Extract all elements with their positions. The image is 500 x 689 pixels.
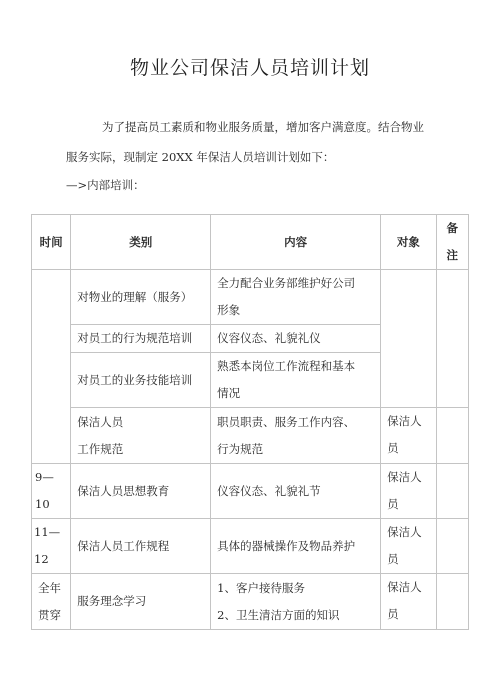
cell-target: 保洁人员 [381, 519, 436, 574]
cell-category: 保洁人员思想教育 [71, 464, 211, 519]
cell-note [436, 464, 468, 519]
header-category: 类别 [71, 215, 211, 270]
cell-content: 熟悉本岗位工作流程和基本 情况 [211, 353, 381, 408]
content-line: 形象 [217, 297, 374, 324]
content-line: 2、卫生清洁方面的知识 [217, 602, 374, 629]
cell-target: 保洁人员 [381, 574, 436, 630]
cell-target: 保洁人员 [381, 464, 436, 519]
cell-time: 11—12 [32, 519, 71, 574]
content-line: 情况 [217, 380, 374, 407]
cell-note [436, 270, 468, 408]
time-line: 贯穿 [38, 602, 64, 629]
cell-content: 仪容仪态、礼貌礼仪 [211, 325, 381, 353]
header-target: 对象 [381, 215, 436, 270]
cell-category: 对员工的行为规范培训 [71, 325, 211, 353]
cell-time: 9—10 [32, 464, 71, 519]
table-row: 对物业的理解（服务） 全力配合业务部维护好公司 形象 [32, 270, 469, 325]
content-line: 全力配合业务部维护好公司 [217, 270, 374, 297]
category-line: 保洁人员 [77, 409, 204, 436]
cell-content: 职员职责、服务工作内容、 行为规范 [211, 408, 381, 464]
table-row: 11—12 保洁人员工作规程 具体的器械操作及物品养护 保洁人员 [32, 519, 469, 574]
cell-category: 保洁人员工作规程 [71, 519, 211, 574]
cell-note [436, 408, 468, 464]
header-time: 时间 [32, 215, 71, 270]
header-content: 内容 [211, 215, 381, 270]
table-row: 9—10 保洁人员思想教育 仪容仪态、礼貌礼节 保洁人员 [32, 464, 469, 519]
document-title: 物业公司保洁人员培训计划 [0, 53, 500, 80]
cell-target [381, 270, 436, 408]
content-line: 行为规范 [217, 436, 374, 463]
cell-time [32, 270, 71, 464]
cell-note [436, 519, 468, 574]
cell-category: 对物业的理解（服务） [71, 270, 211, 325]
cell-note [436, 574, 468, 630]
content-line: 职员职责、服务工作内容、 [217, 409, 374, 436]
cell-category: 对员工的业务技能培训 [71, 353, 211, 408]
cell-content: 仪容仪态、礼貌礼节 [211, 464, 381, 519]
intro-paragraph-line-1: 为了提高员工素质和物业服务质量，增加客户满意度。结合物业 [102, 119, 424, 135]
cell-category: 保洁人员 工作规范 [71, 408, 211, 464]
cell-category: 服务理念学习 [71, 574, 211, 630]
category-line: 工作规范 [77, 436, 204, 463]
cell-time: 全年 贯穿 [32, 574, 71, 630]
time-line: 全年 [38, 575, 64, 602]
cell-content: 全力配合业务部维护好公司 形象 [211, 270, 381, 325]
table-row: 保洁人员 工作规范 职员职责、服务工作内容、 行为规范 保洁人员 [32, 408, 469, 464]
cell-target: 保洁人员 [381, 408, 436, 464]
content-line: 熟悉本岗位工作流程和基本 [217, 353, 374, 380]
training-plan-table: 时间 类别 内容 对象 备注 对物业的理解（服务） 全力配合业务部维护好公司 形… [31, 214, 469, 630]
content-line: 1、客户接待服务 [217, 575, 374, 602]
table-row: 全年 贯穿 服务理念学习 1、客户接待服务 2、卫生清洁方面的知识 保洁人员 [32, 574, 469, 630]
cell-content: 具体的器械操作及物品养护 [211, 519, 381, 574]
header-note: 备注 [436, 215, 468, 270]
section-heading-internal-training: —>内部培训： [66, 177, 145, 193]
table-header-row: 时间 类别 内容 对象 备注 [32, 215, 469, 270]
intro-paragraph-line-2: 服务实际，现制定 20XX 年保洁人员培训计划如下： [66, 149, 334, 165]
cell-content: 1、客户接待服务 2、卫生清洁方面的知识 [211, 574, 381, 630]
